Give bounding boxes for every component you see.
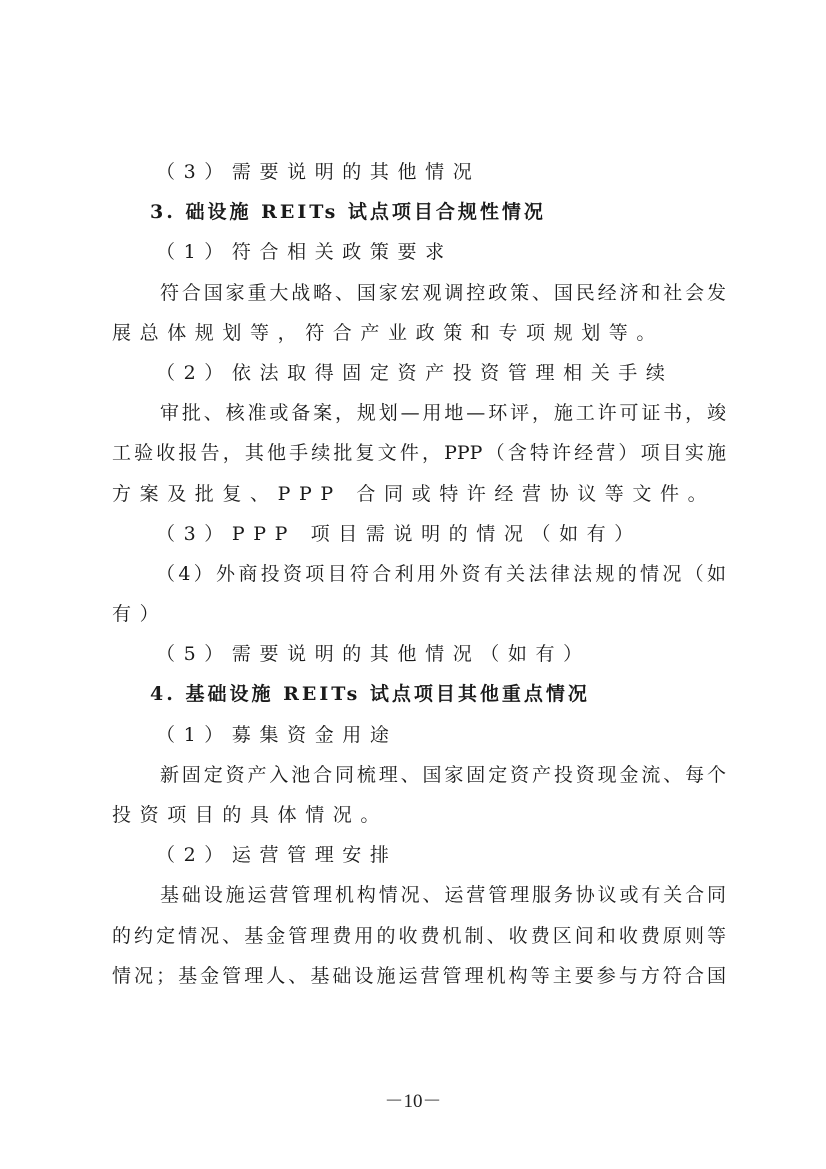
paragraph-line: 情况；基金管理人、基础设施运营管理机构等主要参与方符合国 [112, 956, 726, 996]
subitem-2-operations: （2）运营管理安排 [112, 835, 726, 875]
paragraph-line: 展总体规划等，符合产业政策和专项规划等。 [112, 313, 726, 353]
paragraph-line: 投资项目的具体情况。 [112, 795, 726, 835]
paragraph-line: 方案及批复、PPP 合同或特许经营协议等文件。 [112, 474, 726, 514]
subitem-3-ppp: （3）PPP 项目需说明的情况（如有） [112, 514, 726, 554]
paragraph-line: 工验收报告，其他手续批复文件，PPP（含特许经营）项目实施 [112, 433, 726, 473]
subitem-2-procedures: （2）依法取得固定资产投资管理相关手续 [112, 353, 726, 393]
paragraph-line: 基础设施运营管理机构情况、运营管理服务协议或有关合同 [112, 875, 726, 915]
section-heading-3: 3. 础设施 REITs 试点项目合规性情况 [112, 192, 726, 232]
paragraph-line: 符合国家重大战略、国家宏观调控政策、国民经济和社会发 [112, 273, 726, 313]
section-heading-4: 4. 基础设施 REITs 试点项目其他重点情况 [112, 674, 726, 714]
page-number: －10－ [0, 1086, 826, 1113]
subitem-3-other: （3）需要说明的其他情况 [112, 152, 726, 192]
document-page: （3）需要说明的其他情况 3. 础设施 REITs 试点项目合规性情况 （1）符… [112, 152, 726, 996]
paragraph-line: 有） [112, 594, 726, 634]
subitem-1-fund-use: （1）募集资金用途 [112, 715, 726, 755]
paragraph-line: 的约定情况、基金管理费用的收费机制、收费区间和收费原则等 [112, 916, 726, 956]
subitem-4-foreign-investment: （4）外商投资项目符合利用外资有关法律法规的情况（如 [112, 554, 726, 594]
paragraph-line: 审批、核准或备案，规划—用地—环评，施工许可证书，竣 [112, 393, 726, 433]
paragraph-line: 新固定资产入池合同梳理、国家固定资产投资现金流、每个 [112, 755, 726, 795]
subitem-5-other: （5）需要说明的其他情况（如有） [112, 634, 726, 674]
subitem-1-policy: （1）符合相关政策要求 [112, 232, 726, 272]
